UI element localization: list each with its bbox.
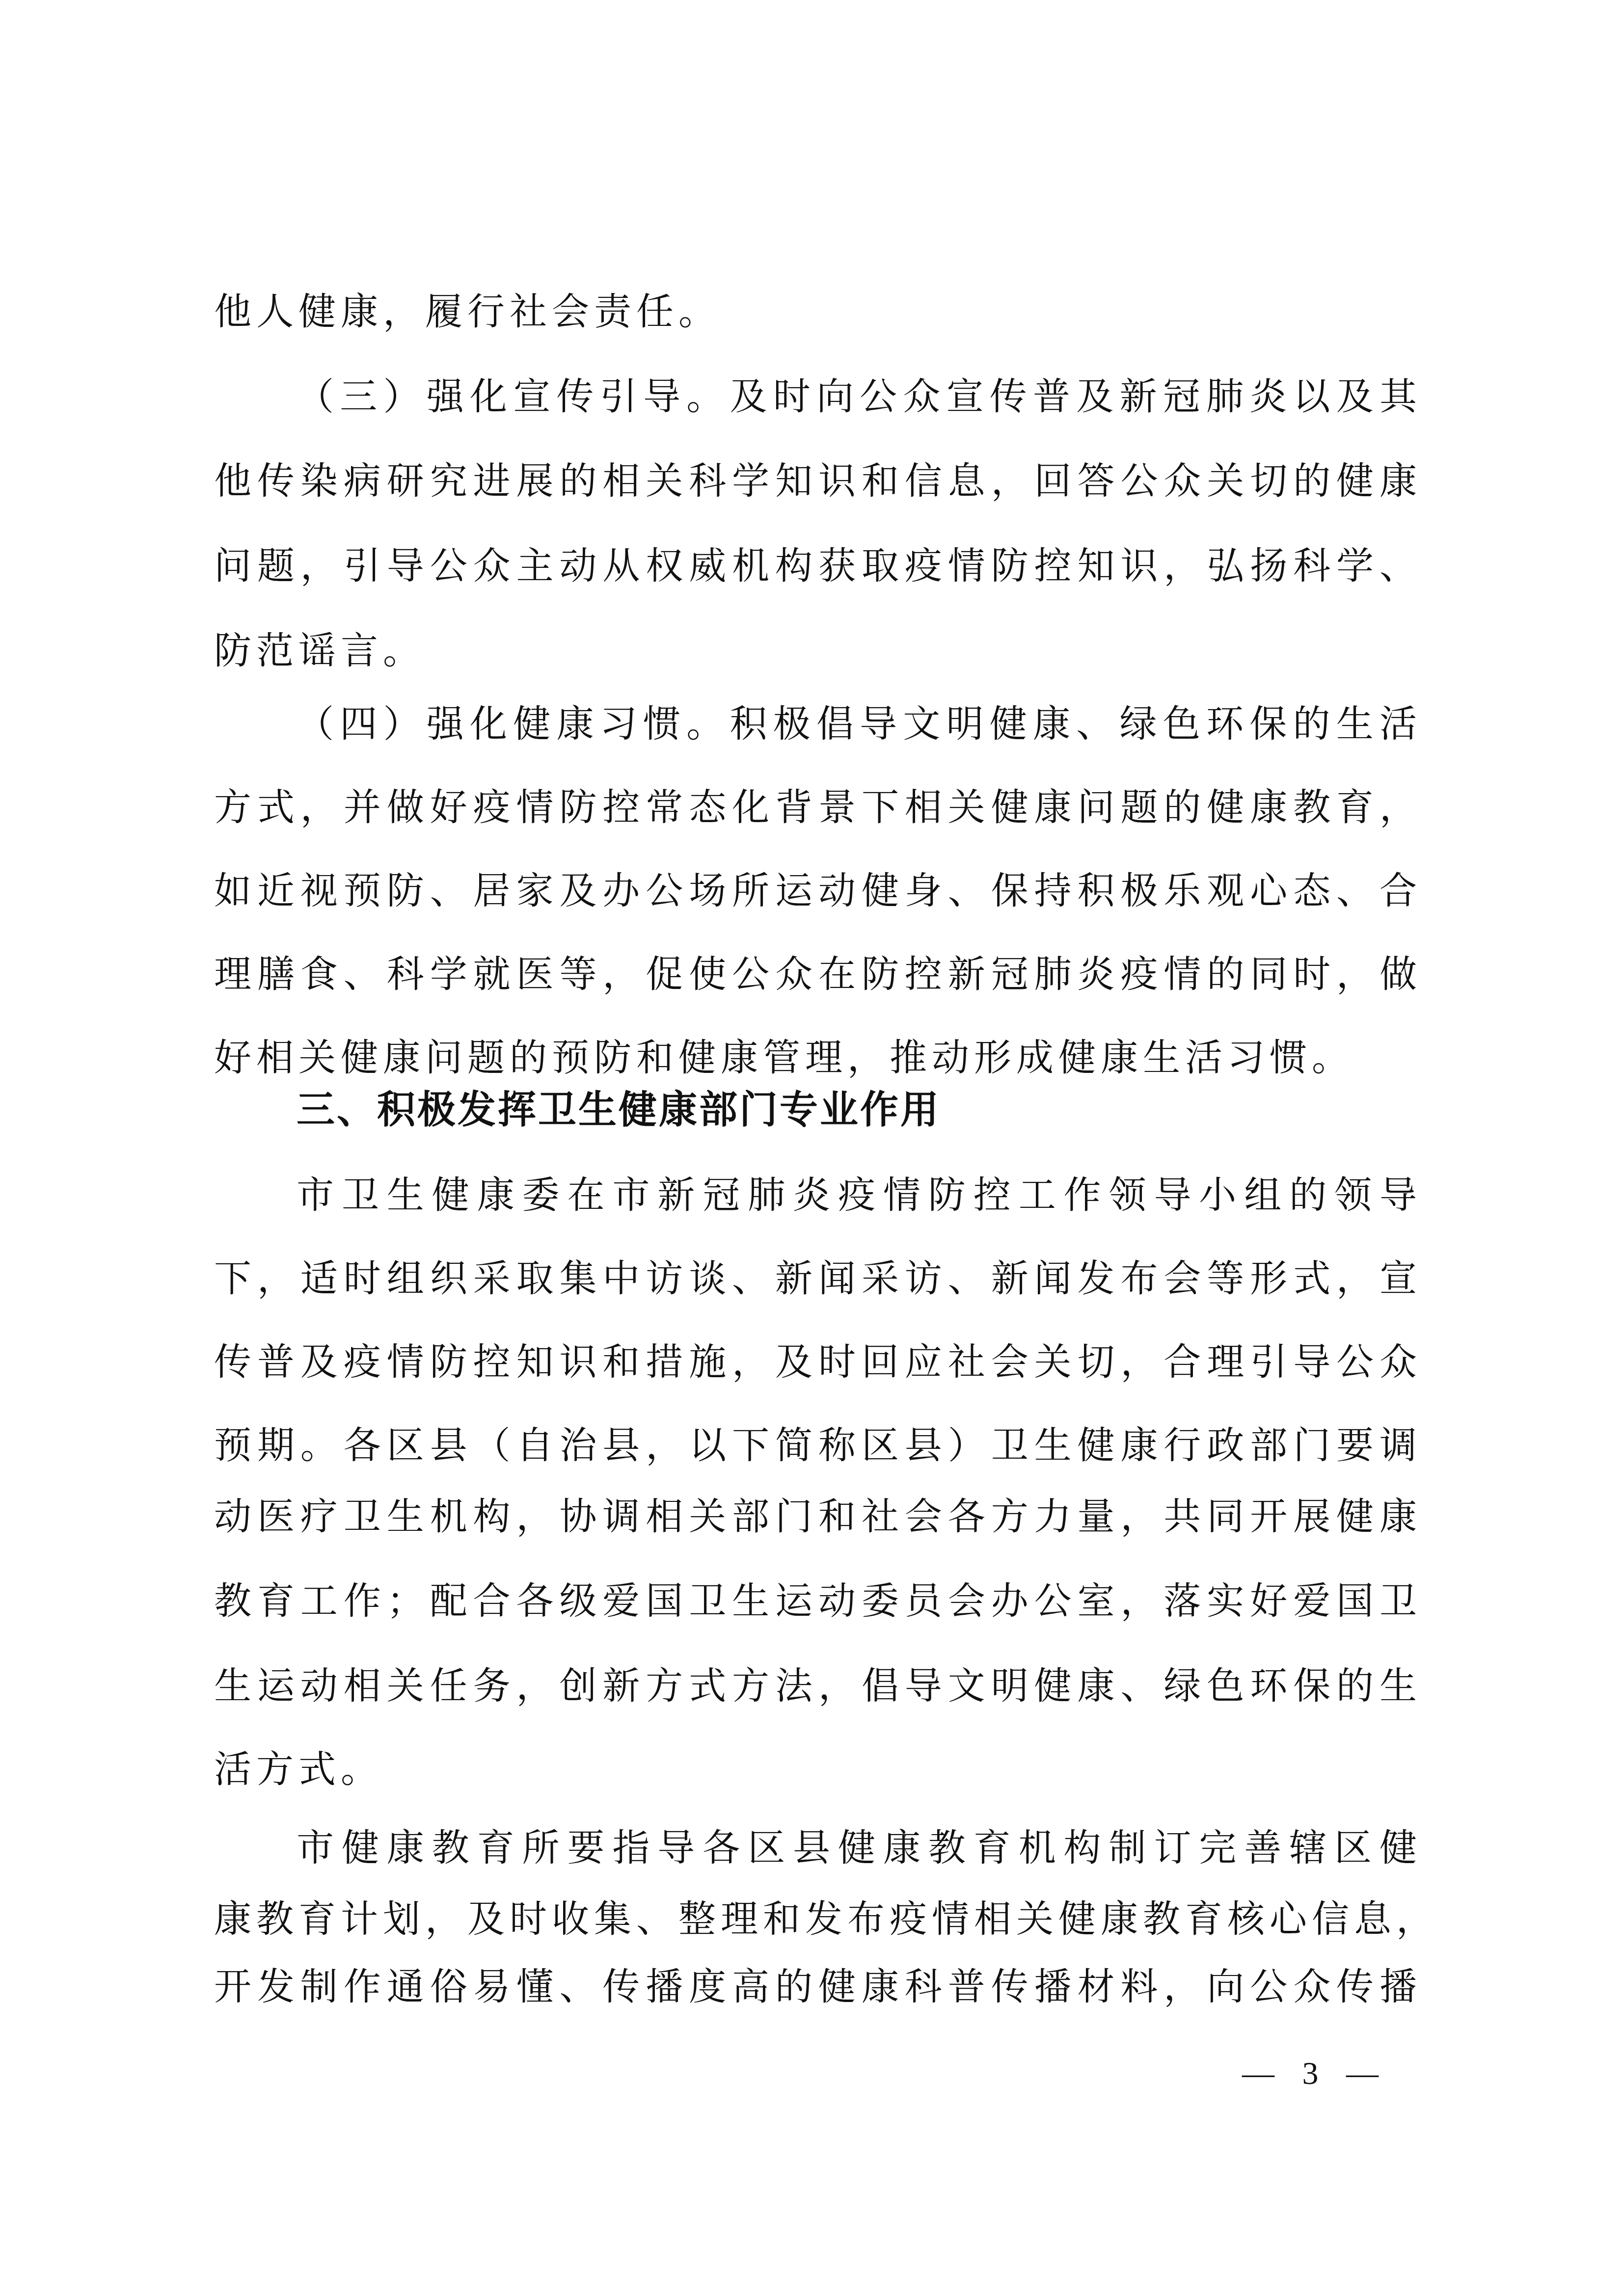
paragraph-line: 理膳食、科学就医等，促使公众在防控新冠肺炎疫情的同时，做 <box>214 950 1422 999</box>
paragraph-line: 生运动相关任务，创新方式方法，倡导文明健康、绿色环保的生 <box>214 1661 1422 1710</box>
paragraph-line: 好相关健康问题的预防和健康管理，推动形成健康生活习惯。 <box>214 1033 1422 1082</box>
paragraph-line: 下，适时组织采取集中访谈、新闻采访、新闻发布会等形式，宣 <box>214 1254 1422 1303</box>
paragraph-line: 市健康教育所要指导各区县健康教育机构制订完善辖区健 <box>297 1823 1422 1872</box>
paragraph-line: 传普及疫情防控知识和措施，及时回应社会关切，合理引导公众 <box>214 1337 1422 1387</box>
paragraph-line: 活方式。 <box>214 1745 1422 1794</box>
document-page: 他人健康，履行社会责任。 （三）强化宣传引导。及时向公众宣传普及新冠肺炎以及其 … <box>0 0 1623 2296</box>
paragraph-line: 开发制作通俗易懂、传播度高的健康科普传播材料，向公众传播 <box>214 1962 1422 2011</box>
paragraph-line: 他人健康，履行社会责任。 <box>214 287 1422 336</box>
section-heading: 三、积极发挥卫生健康部门专业作用 <box>297 1086 941 1135</box>
paragraph-line: 他传染病研究进展的相关科学知识和信息，回答公众关切的健康 <box>214 456 1422 506</box>
paragraph-line: 方式，并做好疫情防控常态化背景下相关健康问题的健康教育， <box>214 783 1422 832</box>
page-number: — 3 — <box>1242 2054 1388 2093</box>
paragraph-line: 康教育计划，及时收集、整理和发布疫情相关健康教育核心信息， <box>214 1895 1422 1944</box>
paragraph-line: 动医疗卫生机构，协调相关部门和社会各方力量，共同开展健康 <box>214 1492 1422 1541</box>
paragraph-line: （三）强化宣传引导。及时向公众宣传普及新冠肺炎以及其 <box>297 372 1422 421</box>
paragraph-line: 问题，引导公众主动从权威机构获取疫情防控知识，弘扬科学、 <box>214 541 1422 590</box>
paragraph-line: （四）强化健康习惯。积极倡导文明健康、绿色环保的生活 <box>297 699 1422 748</box>
paragraph-line: 教育工作；配合各级爱国卫生运动委员会办公室，落实好爱国卫 <box>214 1576 1422 1626</box>
paragraph-line: 市卫生健康委在市新冠肺炎疫情防控工作领导小组的领导 <box>297 1171 1422 1220</box>
paragraph-line: 预期。各区县（自治县，以下简称区县）卫生健康行政部门要调 <box>214 1421 1422 1470</box>
paragraph-line: 如近视预防、居家及办公场所运动健身、保持积极乐观心态、合 <box>214 866 1422 915</box>
paragraph-line: 防范谣言。 <box>214 626 1422 675</box>
